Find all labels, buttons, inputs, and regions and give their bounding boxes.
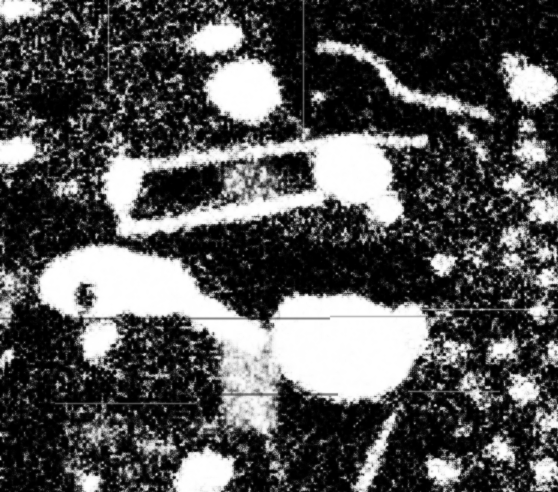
binarized-aerial-photo <box>0 0 558 492</box>
screenshot-root <box>0 0 558 492</box>
